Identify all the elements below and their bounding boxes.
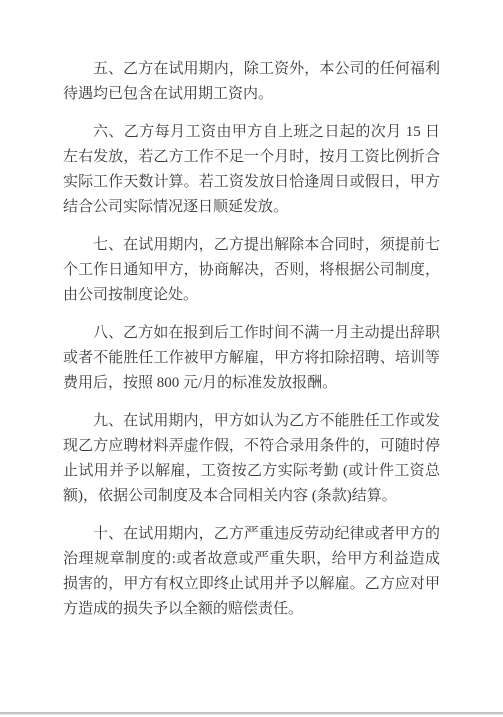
contract-clause-8: 八、乙方如在报到后工作时间不满一月主动提出辞职或者不能胜任工作被甲方解雇，甲方将… <box>63 321 440 396</box>
contract-clause-6: 六、乙方每月工资由甲方自上班之日起的次月 15 日左右发放，若乙方工作不足一个月… <box>63 120 440 220</box>
page-bottom-edge <box>0 712 503 715</box>
document-page: 五、乙方在试用期内，除工资外，本公司的任何福利待遇均已包含在试用期工资内。 六、… <box>0 0 503 717</box>
contract-clause-10: 十、在试用期内，乙方严重违反劳动纪律或者甲方的治理规章制度的:或者故意或严重失职… <box>63 522 440 622</box>
contract-clause-5: 五、乙方在试用期内，除工资外，本公司的任何福利待遇均已包含在试用期工资内。 <box>63 57 440 107</box>
contract-clause-9: 九、在试用期内，甲方如认为乙方不能胜任工作或发现乙方应聘材料弄虚作假，不符合录用… <box>63 409 440 509</box>
document-body: 五、乙方在试用期内，除工资外，本公司的任何福利待遇均已包含在试用期工资内。 六、… <box>63 57 440 635</box>
contract-clause-7: 七、在试用期内，乙方提出解除本合同时，须提前七个工作日通知甲方，协商解决，否则，… <box>63 233 440 308</box>
